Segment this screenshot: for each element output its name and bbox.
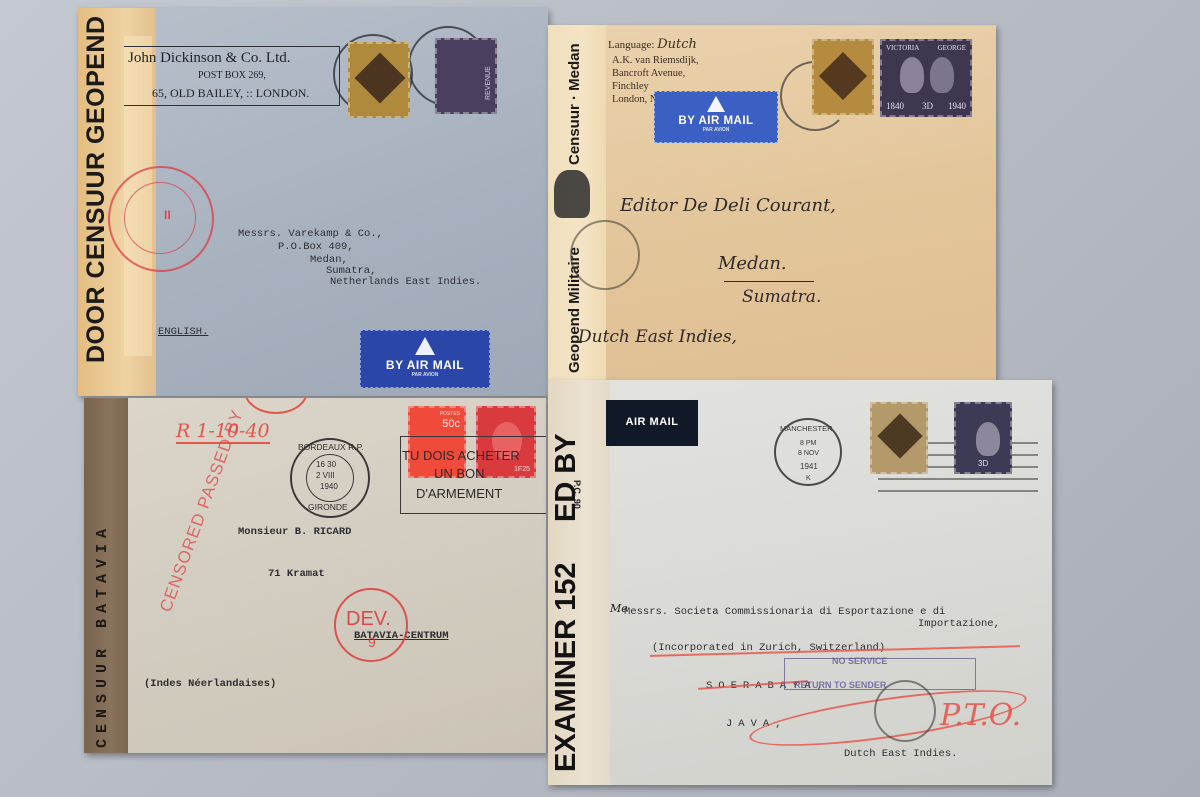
censor-strip-text: DOOR CENSUUR GEOPEND [82, 15, 111, 363]
stamp-postal-centenary: VICTORIA GEORGE 1840 3D 1940 [880, 39, 972, 117]
postmark-year: 1941 [800, 462, 818, 471]
address-line-2: Medan. [718, 253, 787, 274]
address-underline [724, 281, 814, 282]
censor-strip-text: EXAMINER 152 [550, 562, 583, 772]
censor-strip-text: CENSUUR BATAVIA [94, 523, 111, 748]
red-seal-devizen-censuur [108, 166, 214, 272]
slogan-line-1: TU DOIS ACHETER [402, 448, 520, 463]
postmark-date: 8 NOV [798, 450, 819, 457]
postmark-bottom: GIRONDE [308, 502, 348, 512]
sender-line-3: Finchley [612, 81, 649, 92]
censor-strip-text-top: Censuur · Medan [566, 43, 583, 165]
postmark-top: MANCHESTER [780, 424, 833, 433]
language-label: Language: Dutch [608, 37, 697, 52]
address-line-2: Importazione, [918, 618, 1000, 630]
queen-victoria-portrait [900, 57, 924, 93]
address-line-2: 71 Kramat [268, 568, 325, 580]
slogan-line-2: UN BON [434, 466, 485, 481]
sender-line-1: John Dickinson & Co. Ltd. [128, 50, 291, 67]
sender-line-1: A.K. van Riemsdijk, [612, 55, 699, 66]
address-line-5: Netherlands East Indies. [330, 276, 481, 288]
language-note: ENGLISH. [158, 326, 208, 338]
address-line-4: Dutch East Indies, [578, 327, 737, 347]
airmail-wings-icon [415, 337, 435, 355]
postmark-date: 2 VIII [316, 471, 335, 480]
sender-line-2: POST BOX 269, [198, 70, 266, 81]
postmark-time: 8 PM [800, 440, 816, 447]
postmark-time: 16 30 [316, 460, 336, 469]
stamp-george-vi-shilling [870, 402, 928, 474]
stamp-george-vi-shilling [812, 39, 874, 115]
address-line-1: Messrs. Societa Commissionaria di Esport… [624, 606, 945, 618]
red-arc-mark [244, 398, 308, 414]
handstamp-line-1: NO SERVICE [832, 656, 887, 666]
address-line-1: Editor De Deli Courant, [620, 195, 836, 216]
cover-van-riemsdijk: Geopend Militaire Censuur · Medan Langua… [548, 25, 996, 380]
sender-line-2: Bancroft Avenue, [612, 68, 685, 79]
red-pto-annotation: P.T.O. [940, 698, 1021, 733]
address-line-1: Messrs. Varekamp & Co., [238, 228, 383, 240]
censor-code: P.C. 90 [572, 480, 582, 509]
stamp-george-vi-3d: REVENUE [435, 38, 497, 114]
postmark-bottom: K [806, 475, 811, 482]
address-line-1: Monsieur B. RICARD [238, 526, 351, 538]
airmail-label: AIR MAIL [606, 400, 698, 446]
medan-postmark [570, 220, 640, 290]
king-george-portrait [930, 57, 954, 93]
stamp-george-vi-3d: 3D [954, 402, 1012, 474]
address-line-6: Dutch East Indies. [844, 748, 957, 760]
handstamp-line-2: RETURN TO SENDER [794, 680, 886, 690]
cover-societa-commissionaria: EXAMINER 152 ED BY P.C. 90 AIR MAIL MANC… [548, 380, 1052, 785]
address-line-2: P.O.Box 409, [278, 241, 354, 253]
cover-john-dickinson: DOOR CENSUUR GEOPEND John Dickinson & Co… [78, 8, 548, 396]
airmail-label: BY AIR MAIL PAR AVION [654, 91, 778, 143]
stamp-george-vi-shilling [348, 42, 410, 118]
address-line-3: Sumatra. [742, 287, 821, 307]
return-postmark [874, 680, 936, 742]
dev-stamp-number: 9 [368, 634, 376, 650]
slogan-line-3: D'ARMEMENT [416, 486, 502, 501]
sender-line-3: 65, OLD BAILEY, :: LONDON. [152, 86, 309, 101]
airmail-wings-icon [707, 96, 725, 112]
red-seal-inner-text: II [164, 208, 171, 222]
airmail-label: BY AIR MAIL PAR AVION [360, 330, 490, 388]
postmark-top: BORDEAUX R.P. [298, 442, 364, 452]
dev-stamp-text: DEV. [346, 608, 391, 631]
censor-crest-icon [554, 170, 590, 218]
postmark-year: 1940 [320, 482, 338, 491]
cover-ricard-bordeaux: CENSUUR BATAVIA R 1-10-40 CENSORED PASSE… [84, 398, 546, 753]
address-line-4: (Indes Néerlandaises) [144, 678, 276, 690]
